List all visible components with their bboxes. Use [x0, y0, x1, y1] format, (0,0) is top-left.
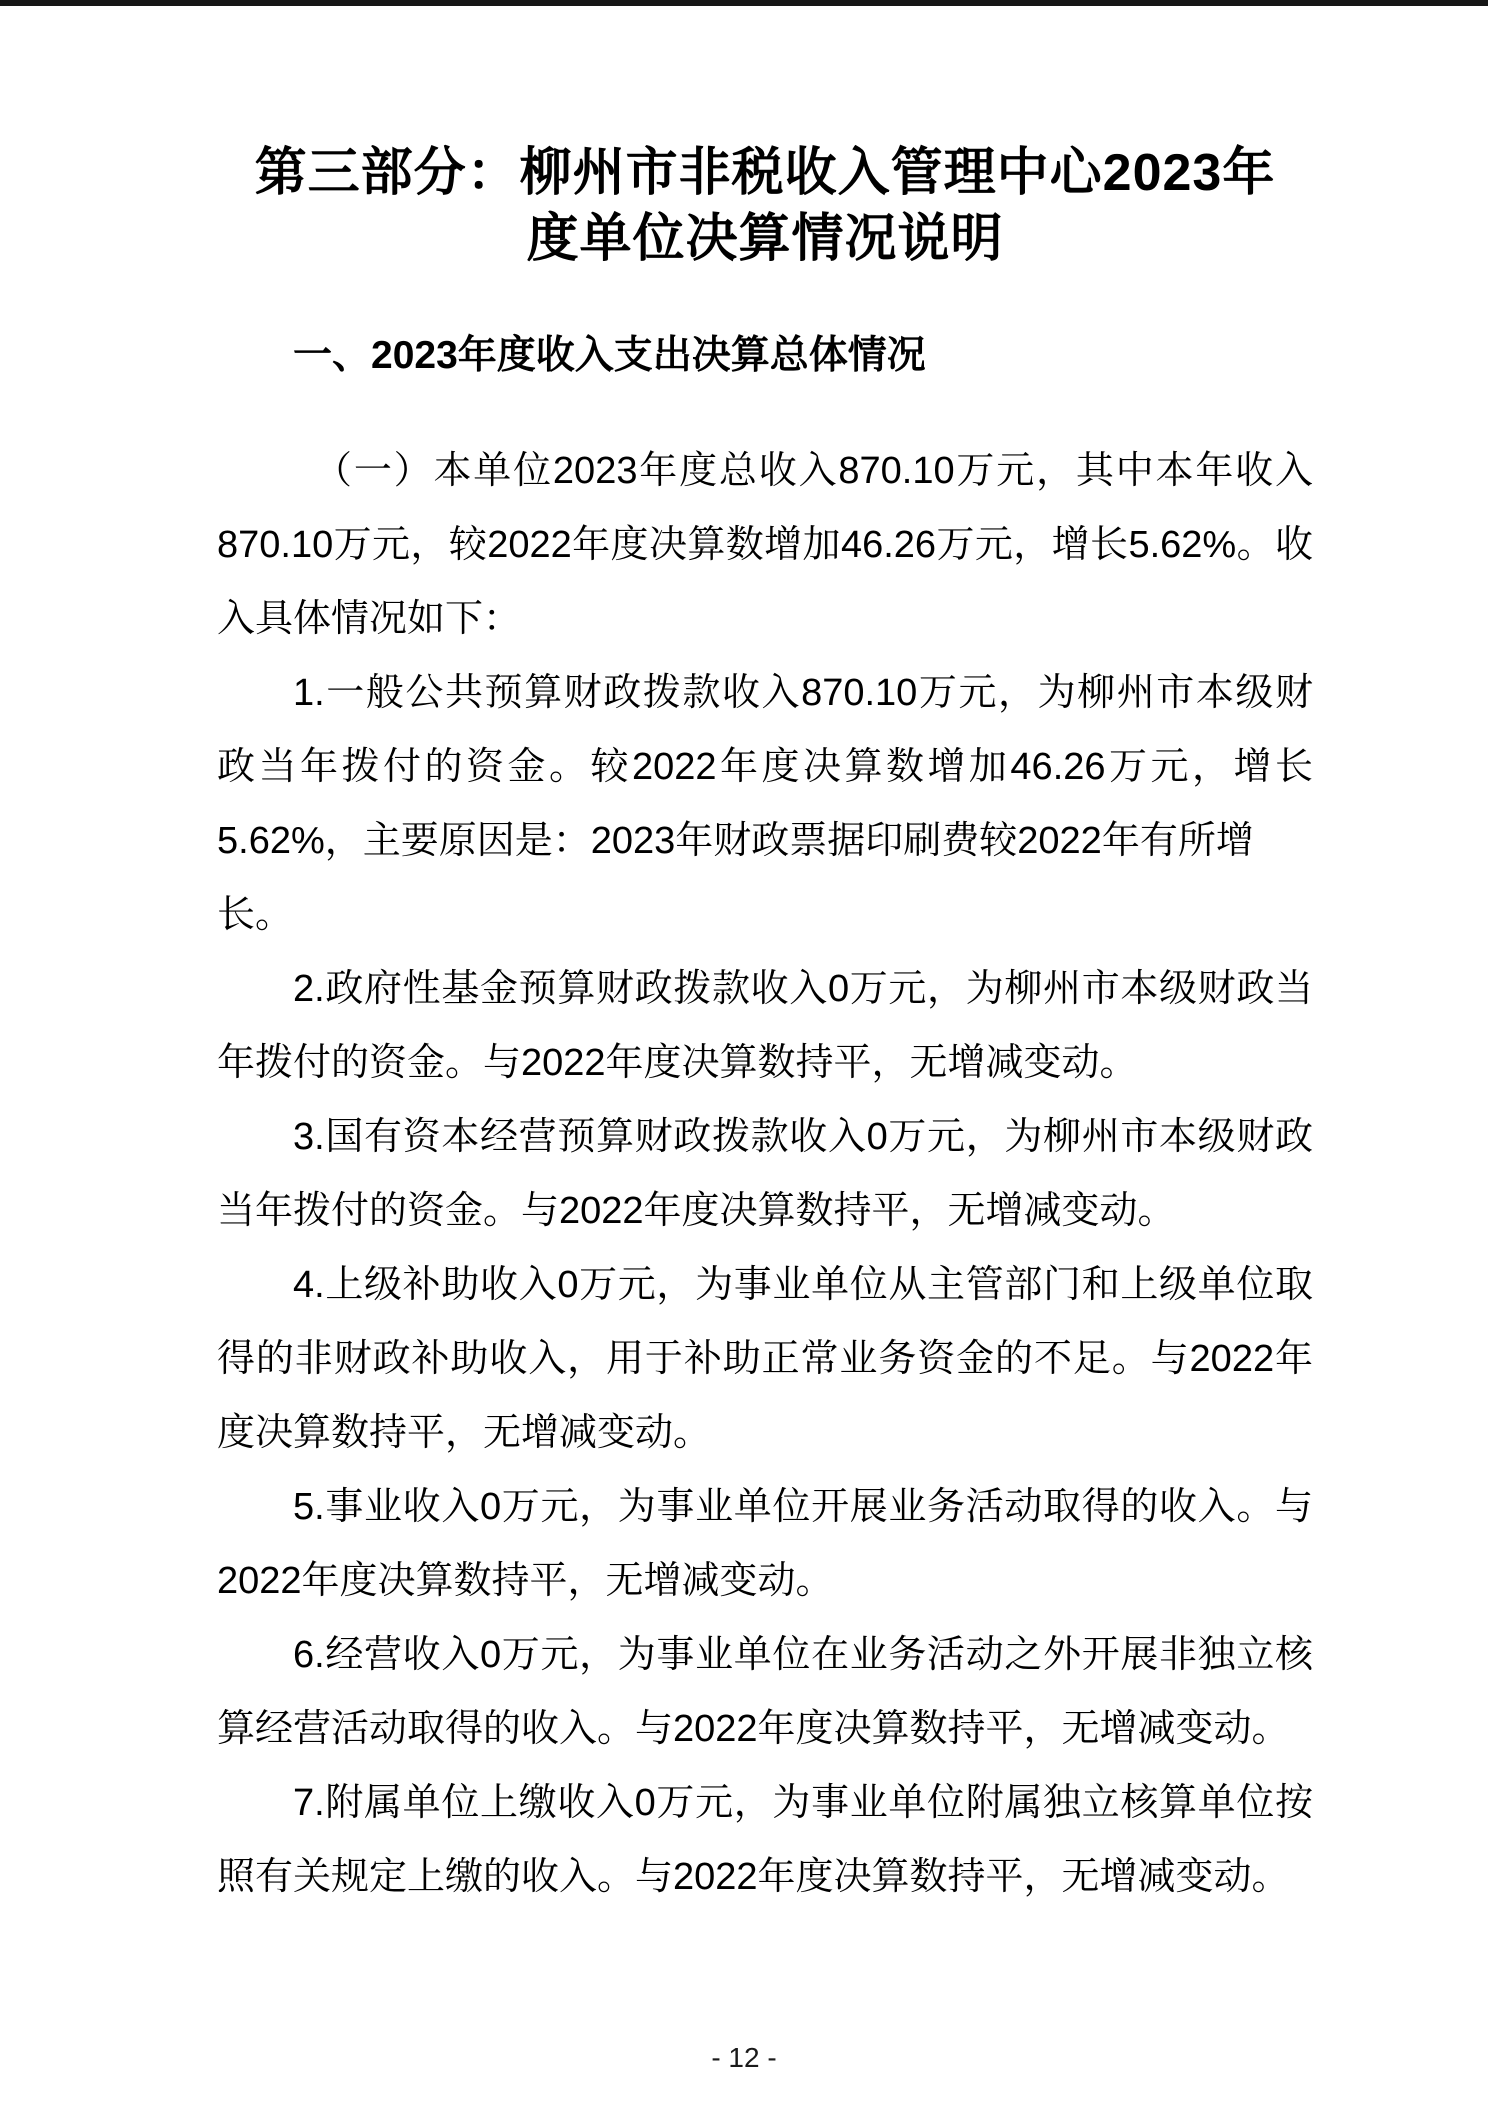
body-line: 7.附属单位上缴收入0万元，为事业单位附属独立核算单位按 — [217, 1766, 1313, 1840]
body-line: 5.事业收入0万元，为事业单位开展业务活动取得的收入。与 — [217, 1470, 1313, 1544]
document-page: 第三部分：柳州市非税收入管理中心2023年 度单位决算情况说明 一、2023年度… — [0, 0, 1488, 2104]
body-line: 度决算数持平，无增减变动。 — [217, 1396, 1313, 1470]
body-line: 得的非财政补助收入，用于补助正常业务资金的不足。与2022年 — [217, 1322, 1313, 1396]
section-heading: 一、2023年度收入支出决算总体情况 — [217, 319, 1313, 393]
body-line: 3.国有资本经营预算财政拨款收入0万元，为柳州市本级财政 — [217, 1100, 1313, 1174]
body-line: 2.政府性基金预算财政拨款收入0万元，为柳州市本级财政当 — [217, 952, 1313, 1026]
page-number: - 12 - — [0, 2042, 1488, 2074]
body-line: 6.经营收入0万元，为事业单位在业务活动之外开展非独立核 — [217, 1618, 1313, 1692]
document-title-line-2: 度单位决算情况说明 — [217, 206, 1313, 272]
body-line: 算经营活动取得的收入。与2022年度决算数持平，无增减变动。 — [217, 1692, 1313, 1766]
body-line: 4.上级补助收入0万元，为事业单位从主管部门和上级单位取 — [217, 1248, 1313, 1322]
body-line: （一）本单位2023年度总收入870.10万元，其中本年收入 — [217, 434, 1313, 508]
body-line: 5.62%，主要原因是：2023年财政票据印刷费较2022年有所增长。 — [217, 804, 1313, 952]
body-line: 政当年拨付的资金。较2022年度决算数增加46.26万元，增长 — [217, 730, 1313, 804]
body-line: 870.10万元，较2022年度决算数增加46.26万元，增长5.62%。收 — [217, 508, 1313, 582]
page-content: 第三部分：柳州市非税收入管理中心2023年 度单位决算情况说明 一、2023年度… — [217, 0, 1313, 1914]
body-line: 照有关规定上缴的收入。与2022年度决算数持平，无增减变动。 — [217, 1840, 1313, 1914]
document-title-line-1: 第三部分：柳州市非税收入管理中心2023年 — [217, 140, 1313, 206]
body-line: 入具体情况如下： — [217, 582, 1313, 656]
document-title: 第三部分：柳州市非税收入管理中心2023年 度单位决算情况说明 — [217, 140, 1313, 272]
body-line: 当年拨付的资金。与2022年度决算数持平，无增减变动。 — [217, 1174, 1313, 1248]
paragraphs: （一）本单位2023年度总收入870.10万元，其中本年收入 870.10万元，… — [217, 434, 1313, 1914]
body-line: 2022年度决算数持平，无增减变动。 — [217, 1544, 1313, 1618]
body-line: 年拨付的资金。与2022年度决算数持平，无增减变动。 — [217, 1026, 1313, 1100]
body-line: 1.一般公共预算财政拨款收入870.10万元，为柳州市本级财 — [217, 656, 1313, 730]
